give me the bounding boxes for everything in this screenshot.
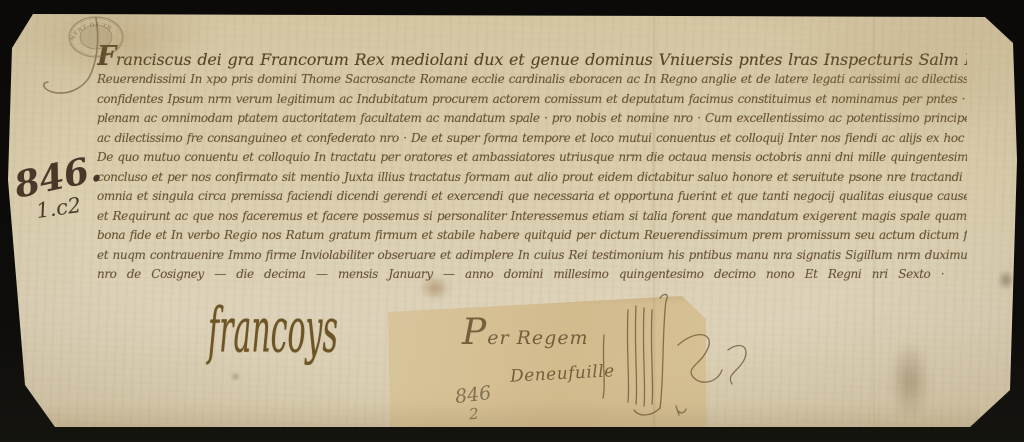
chancery-endorsement-per-regem: Per Regem	[462, 312, 589, 353]
bottom-edge-shading	[40, 402, 980, 430]
manuscript-line: ac dilectissimo fre consanguineo et conf…	[97, 129, 967, 149]
manuscript-text-block: Franciscus dei gra Francorum Rex mediola…	[97, 44, 967, 286]
royal-signature-francoys: francoys	[208, 296, 338, 368]
manuscript-line: confidentes Ipsum nrm verum legitimum ac…	[97, 90, 967, 110]
manuscript-photograph: Franciscus dei gra Francorum Rex mediola…	[0, 0, 1024, 442]
stain-edge-blot	[998, 270, 1014, 290]
manuscript-line: concluso et per nos confirmato sit menti…	[97, 168, 967, 188]
manuscript-line: et nuqm contrauenire Immo firme Inviolab…	[97, 246, 967, 266]
stain-speck	[231, 372, 240, 381]
manuscript-line: Franciscus dei gra Francorum Rex mediola…	[97, 44, 967, 70]
initial-letter-flourish	[36, 16, 106, 108]
manuscript-line: plenam ac omnimodam ptatem auctoritatem …	[97, 109, 967, 129]
manuscript-dating-clause: nro de Cosigney — die decima — mensis Ja…	[97, 265, 967, 285]
manuscript-line: De quo mutuo conuentu et colloquio In tr…	[97, 148, 967, 168]
manuscript-line: et Requirunt ac que nos faceremus et fac…	[97, 207, 967, 227]
shelfmark-1c2: 1.c2	[35, 193, 83, 223]
manuscript-line: Reuerendissimi In xpo pris domini Thome …	[97, 70, 967, 90]
manuscript-line: bona fide et In verbo Regio nos Ratum gr…	[97, 226, 967, 246]
parchment-sheet: Franciscus dei gra Francorum Rex mediola…	[0, 0, 1024, 442]
manuscript-line: omnia et singula circa premissa faciendi…	[97, 187, 967, 207]
